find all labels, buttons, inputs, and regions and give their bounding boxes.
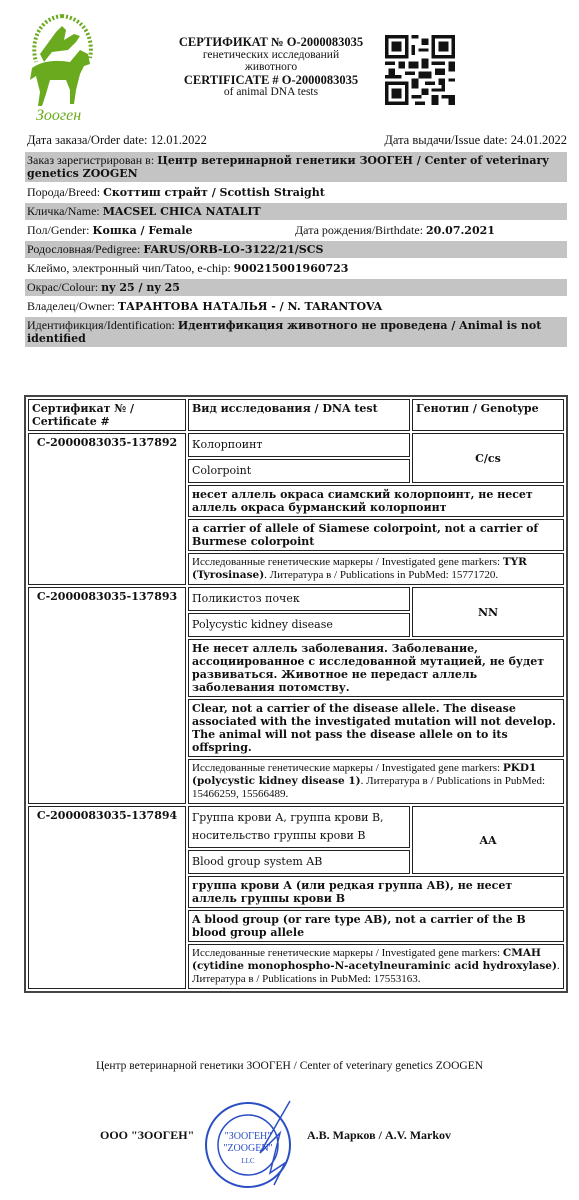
certificate-title-block: СЕРТИФИКАТ № O-2000083035 генетических и… — [160, 36, 382, 99]
footer-signer: А.В. Марков / A.V. Markov — [307, 1128, 451, 1143]
info-chip: Клеймо, электронный чип/Tatoo, e-chip: 9… — [25, 260, 567, 277]
info-pedigree: Родословная/Pedigree: FARUS/ORB-LO-3122/… — [25, 241, 567, 258]
test-name-en: Blood group system AB — [188, 850, 410, 874]
info-breed: Порода/Breed: Скоттиш страйт / Scottish … — [25, 184, 567, 201]
certificate-subtitle-ru-1: генетических исследований — [160, 49, 382, 62]
test-name-ru: Группа крови А, группа крови В, носитель… — [188, 806, 410, 848]
order-date: Дата заказа/Order date: 12.01.2022 — [27, 133, 207, 147]
info-registered: Заказ зарегистрирован в: Центр ветеринар… — [25, 152, 567, 182]
info-birthdate: Дата рождения/Birthdate: 20.07.2021 — [295, 224, 495, 237]
test-name-en: Polycystic kidney disease — [188, 613, 410, 637]
info-colour: Окрас/Colour: ny 25 / ny 25 — [25, 279, 567, 296]
table-header-row: Сертификат № / Certificate # Вид исследо… — [28, 399, 564, 431]
footer-organization: ООО "ЗООГЕН" — [100, 1128, 194, 1143]
certificate-subtitle-ru-2: животного — [160, 61, 382, 74]
test-name-ru: Поликистоз почек — [188, 587, 410, 611]
certificate-header: Зооген СЕРТИФИКАТ № O-2000083035 генетич… — [0, 0, 579, 130]
svg-text:LLC: LLC — [241, 1157, 255, 1165]
svg-text:"ЗООГЕН": "ЗООГЕН" — [225, 1131, 272, 1142]
test-name-en: Colorpoint — [188, 459, 410, 483]
zoogen-logo-icon: Зооген — [22, 12, 102, 124]
company-stamp-icon: "ЗООГЕН" "ZOOGEN" LLC — [200, 1093, 300, 1193]
results-table: Сертификат № / Certificate # Вид исследо… — [24, 395, 568, 993]
footer-center-text: Центр ветеринарной генетики ЗООГЕН / Cen… — [0, 1060, 579, 1072]
issue-date: Дата выдачи/Issue date: 24.01.2022 — [384, 133, 567, 148]
result-description-ru: несет аллель окраса сиамский колорпоинт,… — [188, 485, 564, 517]
header-dna-test: Вид исследования / DNA test — [188, 399, 410, 431]
header-certificate: Сертификат № / Certificate # — [28, 399, 186, 431]
certificate-title-ru: СЕРТИФИКАТ № O-2000083035 — [160, 36, 382, 49]
dates-row: Дата заказа/Order date: 12.01.2022 Дата … — [27, 133, 567, 148]
genotype-value: NN — [412, 587, 564, 637]
genotype-value: AA — [412, 806, 564, 874]
qr-code-icon — [385, 35, 455, 105]
certificate-subtitle-en: of animal DNA tests — [160, 86, 382, 99]
table-row: C-2000083035-137893 Поликистоз почек NN … — [26, 585, 566, 806]
animal-info: Заказ зарегистрирован в: Центр ветеринар… — [25, 152, 567, 349]
result-description-en: Clear, not a carrier of the disease alle… — [188, 699, 564, 757]
result-description-en: a carrier of allele of Siamese colorpoin… — [188, 519, 564, 551]
info-gender-birthdate: Пол/Gender: Кошка / Female Дата рождения… — [25, 222, 567, 239]
certificate-number: C-2000083035-137894 — [28, 806, 186, 989]
certificate-number: C-2000083035-137892 — [28, 433, 186, 585]
result-description-en: A blood group (or rare type AB), not a c… — [188, 910, 564, 942]
header-genotype: Генотип / Genotype — [412, 399, 564, 431]
test-name-ru: Колорпоинт — [188, 433, 410, 457]
certificate-number: C-2000083035-137893 — [28, 587, 186, 804]
svg-text:Зооген: Зооген — [36, 107, 81, 124]
table-row: C-2000083035-137892 Колорпоинт C/cs Colo… — [26, 431, 566, 587]
gene-markers: Исследованные генетические маркеры / Inv… — [188, 759, 564, 804]
genotype-value: C/cs — [412, 433, 564, 483]
gene-markers: Исследованные генетические маркеры / Inv… — [188, 944, 564, 989]
certificate-title-en: CERTIFICATE # O-2000083035 — [160, 74, 382, 87]
table-row: C-2000083035-137894 Группа крови А, груп… — [26, 804, 566, 991]
info-name: Кличка/Name: MACSEL CHICA NATALIT — [25, 203, 567, 220]
gene-markers: Исследованные генетические маркеры / Inv… — [188, 553, 564, 585]
info-identification: Идентификция/Identification: Идентификац… — [25, 317, 567, 347]
result-description-ru: группа крови А (или редкая группа АВ), н… — [188, 876, 564, 908]
result-description-ru: Не несет аллель заболевания. Заболевание… — [188, 639, 564, 697]
info-owner: Владелец/Owner: ТАРАНТОВА НАТАЛЬЯ - / N.… — [25, 298, 567, 315]
